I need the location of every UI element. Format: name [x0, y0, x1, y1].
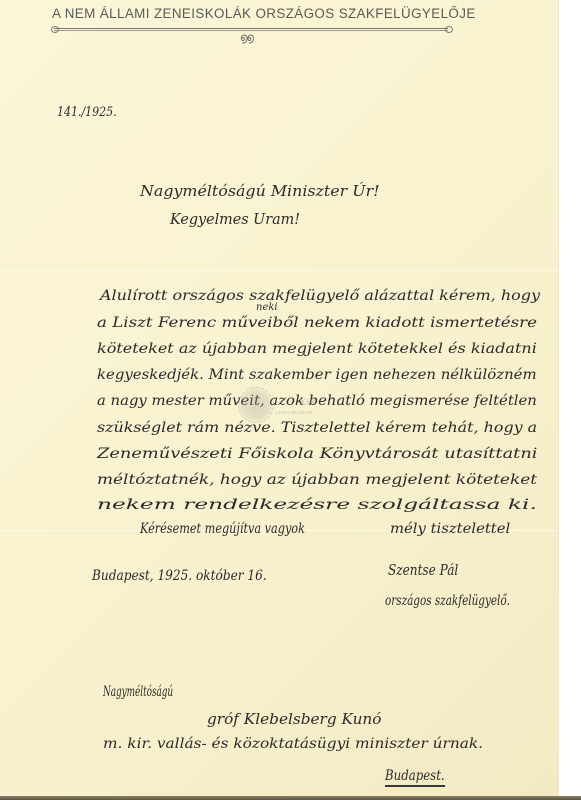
- letter-body-line: Alulírott országos szakfelügyelő alázatt…: [100, 288, 540, 304]
- salutation-line-2: Kegyelmes Uram!: [170, 210, 300, 228]
- signature-name: Szentse Pál: [388, 563, 458, 579]
- letter-body-line: kegyeskedjék. Mint szakember igen neheze…: [97, 367, 537, 383]
- reference-number: 141./1925.: [57, 105, 117, 120]
- place-date: Budapest, 1925. október 16.: [92, 568, 267, 584]
- letter-page: A NEM ÁLLAMI ZENEISKOLÁK ORSZÁGOS SZAKFE…: [0, 0, 558, 796]
- letter-body-line: a Liszt Ferenc műveiből nekem kiadott is…: [97, 315, 537, 331]
- signature-title: országos szakfelügyelő.: [385, 593, 510, 609]
- letter-body-line: nekem rendelkezésre szolgáltassa ki.: [97, 497, 537, 513]
- addressee-line-1: Nagyméltóságú: [103, 684, 173, 700]
- closing-part-2: mély tisztelettel: [390, 521, 510, 537]
- letter-body-line: Zeneművészeti Főiskola Könyvtárosát utas…: [97, 446, 537, 462]
- letter-body-line: köteteket az újabban megjelent kötetekke…: [97, 341, 537, 357]
- salutation-line-1: Nagyméltóságú Miniszter Úr!: [140, 182, 380, 200]
- scan-margin-right: [558, 0, 581, 796]
- museum-stamp-icon: [238, 387, 274, 423]
- scan-edge-bottom: [0, 796, 581, 800]
- museum-stamp-text: KIK: [300, 398, 317, 407]
- letter-body-line: szükséglet rám nézve. Tisztelettel kérem…: [97, 420, 537, 436]
- closing-part-1: Kérésemet megújítva vagyok: [140, 521, 305, 537]
- letter-body-line: a nagy mester műveit, azok behatló megis…: [97, 393, 537, 409]
- city-underlined: Budapest.: [385, 768, 445, 787]
- museum-stamp-subtext: LISZT MÚZEUM: [276, 410, 313, 415]
- paper-fold-line: [0, 270, 558, 271]
- letterhead-title: A NEM ÁLLAMI ZENEISKOLÁK ORSZÁGOS SZAKFE…: [52, 6, 452, 21]
- addressee-line-2: gróf Klebelsberg Kunó: [207, 712, 381, 728]
- addressee-line-3: m. kir. vallás- és közoktatásügyi minisz…: [103, 736, 483, 752]
- letterhead-ornament-icon: ൭൭: [240, 31, 253, 45]
- letter-body-line: méltóztatnék, hogy az újabban megjelent …: [97, 472, 537, 488]
- letterhead-rule-curl-right: [445, 26, 453, 33]
